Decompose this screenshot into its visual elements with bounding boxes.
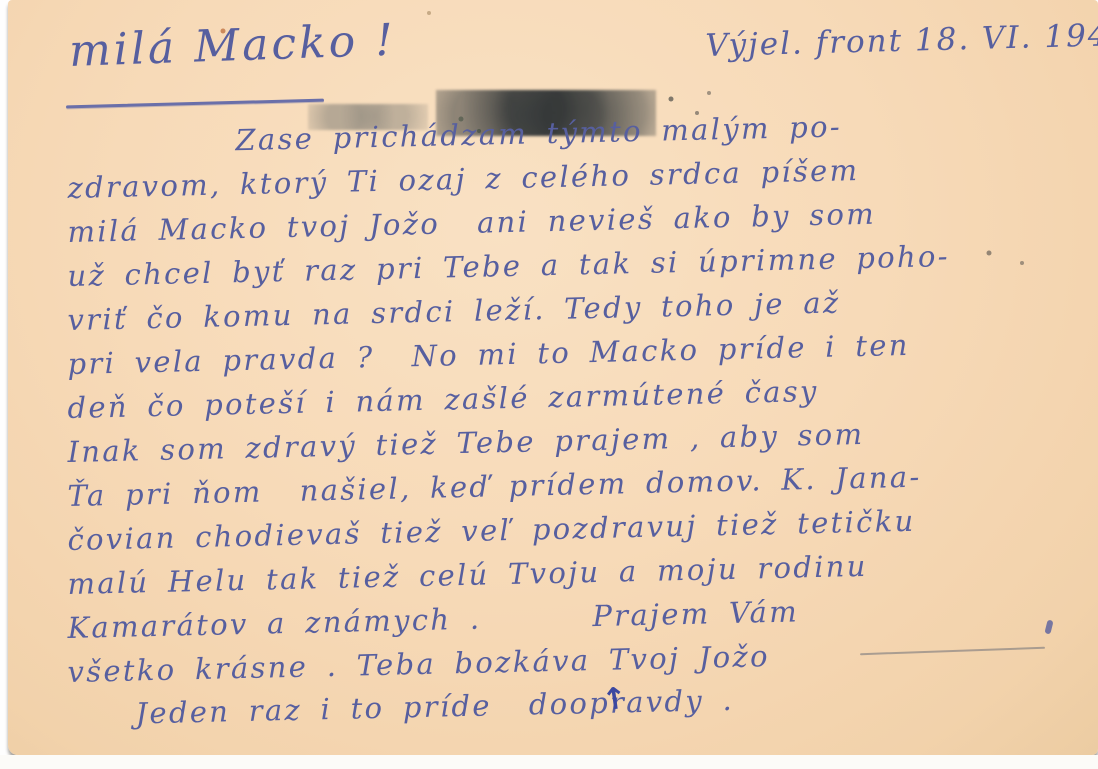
dateline: Výjel. front 18. VI. 1944. (705, 17, 1098, 64)
paper-specks (8, 0, 10, 2)
handwriting-body: Zase prichádzam týmto malým po- zdravom,… (68, 122, 1078, 736)
scan-bottom-edge (0, 755, 1098, 769)
postcard: milá Macko ! Výjel. front 18. VI. 1944. … (8, 0, 1098, 755)
salutation-underline (66, 99, 324, 109)
insertion-caret-icon: ↑ (600, 680, 630, 718)
salutation: milá Macko ! (68, 15, 396, 77)
